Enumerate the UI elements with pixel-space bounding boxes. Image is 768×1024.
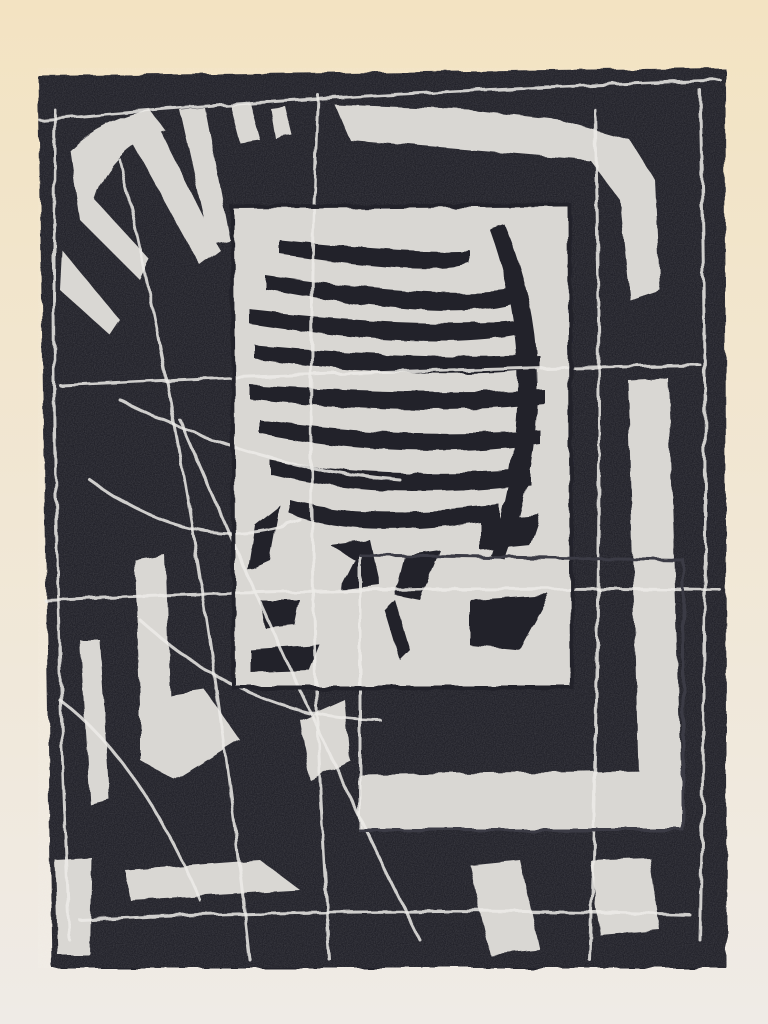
artwork-print [0,0,768,1024]
